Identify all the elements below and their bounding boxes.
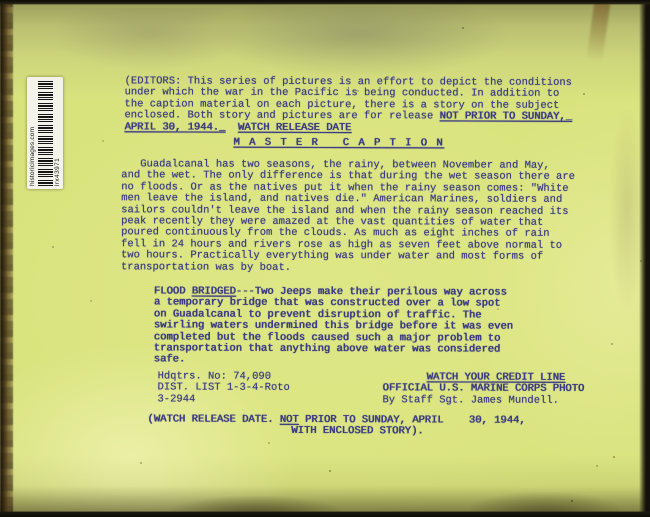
flood-line: transportation that anything above water… (154, 343, 513, 356)
barcode-icon (38, 80, 53, 186)
master-caption-body: Guadalcanal has two seasons, the rainy, … (121, 159, 575, 275)
photo-back-scan: (EDITORS: This series of pictures is an … (0, 0, 650, 517)
flood-line: safe. (154, 355, 513, 368)
credits-left-column: Hdqtrs. No: 74,090 DIST. LIST 1-3-4-Roto… (157, 371, 289, 406)
editors-release-line: APRIL 30, 1944._ WATCH RELEASE DATE (124, 122, 571, 135)
editors-note: (EDITORS: This series of pictures is an … (124, 76, 572, 135)
release-notice: (WATCH RELEASE DATE. NOT PRIOR TO SUNDAY… (147, 414, 567, 438)
typewritten-text-layer: (EDITORS: This series of pictures is an … (0, 0, 650, 517)
inventory-sticker: historicimages.com lrx43971 (27, 77, 63, 189)
sticker-site-label: historicimages.com (29, 80, 36, 186)
inventory-sticker-body: historicimages.com lrx43971 (27, 77, 63, 189)
flood-bridged-caption: FLOOD BRIDGED---Two Jeeps make their per… (154, 286, 513, 367)
credits-right-column: WATCH YOUR CREDIT LINE OFFICIAL U.S. MAR… (382, 372, 584, 407)
sticker-code-label: lrx43971 (54, 80, 61, 186)
caption-line: transportation was by boat. (121, 262, 575, 275)
neg-number: 3-2944 (157, 394, 289, 406)
photographer-credit: By Staff Sgt. James Mundell. (382, 395, 584, 407)
release-line-2: WITH ENCLOSED STORY). (147, 426, 567, 439)
master-caption-heading: M A S T E R C A P T I O N (233, 138, 444, 150)
